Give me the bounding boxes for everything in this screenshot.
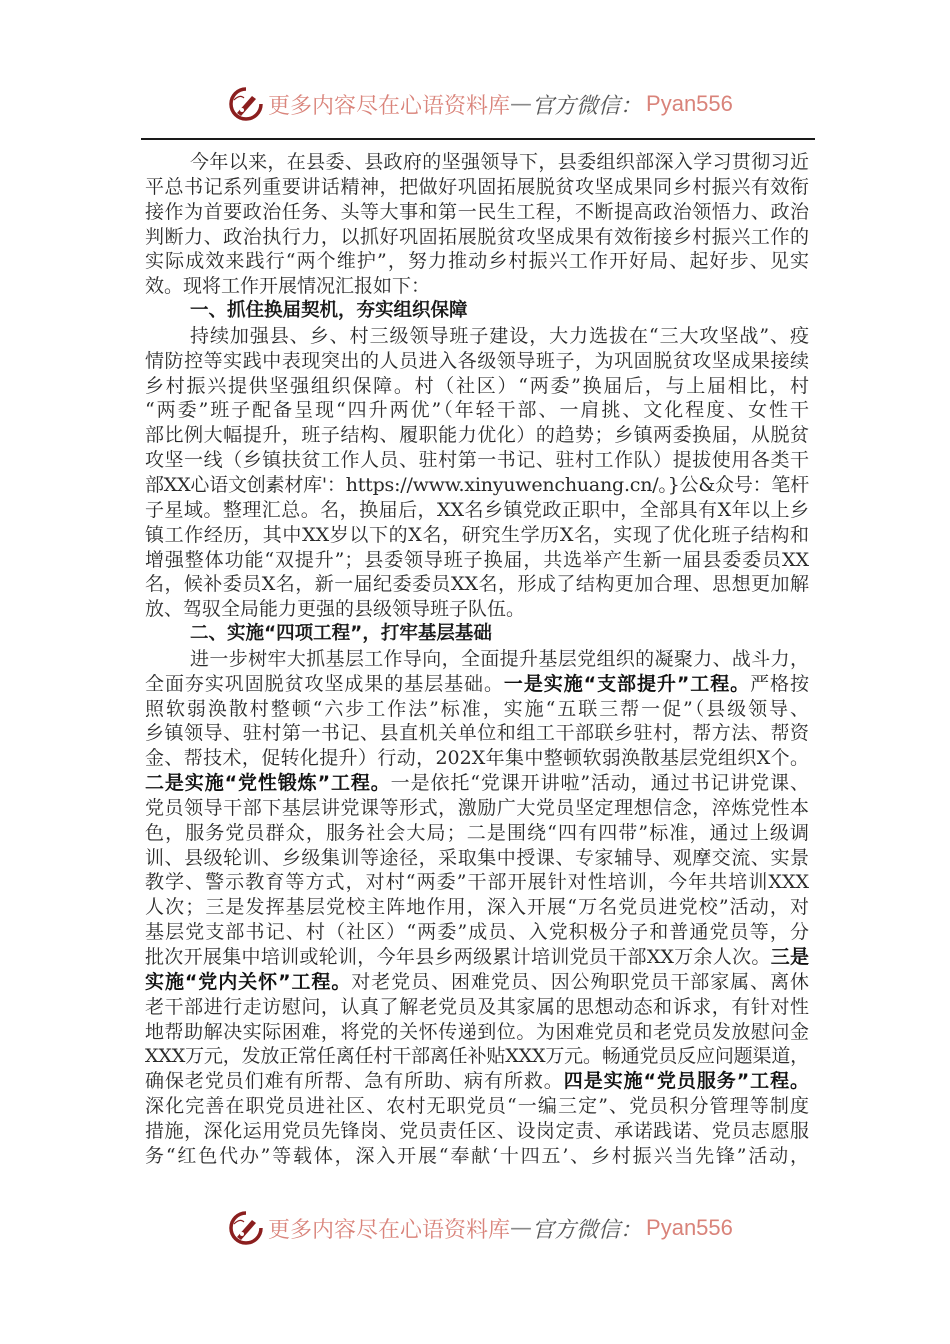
text-segment: 判断力、政治执行力，以抓好巩固拓展脱贫攻坚成果有效衔接乡村振兴工作的 [145,226,809,248]
text-segment: 放、驾驭全局能力更强的县级领导班子队伍。 [145,598,525,620]
text-segment: 措施，深化运用党员先锋岗、党员责任区、设岗定责、承诺践诺、党员志愿服 [145,1120,809,1142]
paragraph-line: 全面夯实巩固脱贫攻坚成果的基层基础。一是实施“支部提升”工程。严格按 [145,672,809,697]
paragraph-line: 镇工作经历，其中XX岁以下的X名，研究生学历X名，实现了优化班子结构和 [145,523,809,548]
banner-dash: — [510,1216,532,1241]
paragraph-line: 放、驾驭全局能力更强的县级领导班子队伍。 [145,597,809,622]
paragraph-line: 地帮助解决实际困难，将党的关怀传递到位。为困难党员和老党员发放慰问金 [145,1020,809,1045]
text-segment: 深化完善在职党员进社区、农村无职党员“一编三定”、党员积分管理等制度 [145,1095,809,1117]
paragraph-line: 批次开展集中培训或轮训，今年县乡两级累计培训党员干部XX万余人次。三是 [145,945,809,970]
paragraph-line: 金、帮技术，促转化提升）行动，202X年集中整顿软弱涣散基层党组织X个。 [145,746,809,771]
section-heading: 二、实施“四项工程”，打牢基层基础 [145,622,809,647]
banner-slogan: 更多内容尽在心语资料库 [268,89,510,120]
text-segment: XXX万元，发放正常任离任村干部离任补贴XXX万元。畅通党员反应问题渠道， [145,1045,809,1067]
text-segment: 今年以来，在县委、县政府的坚强领导下，县委组织部深入学习贯彻习近 [190,151,809,173]
text-segment: 增强整体功能“双提升”；县委领导班子换届，共选举产生新一届县委委员XX [145,549,809,571]
paragraph-line: 乡村振兴提供坚强组织保障。村（社区）“两委”换届后，与上届相比，村 [145,374,809,399]
text-segment: 照软弱涣散村整顿“六步工作法”标准，实施“五联三帮一促”（县级领导、 [145,698,809,720]
text-segment: 金、帮技术，促转化提升）行动，202X年集中整顿软弱涣散基层党组织X个。 [145,747,809,769]
banner-slogan: 更多内容尽在心语资料库 [268,1213,510,1244]
paragraph-line: 党员领导干部下基层讲党课等形式，激励广大党员坚定理想信念，淬炼党性本 [145,796,809,821]
text-segment: 全面夯实巩固脱贫攻坚成果的基层基础。 [145,673,504,695]
banner-wechat-id: Pyan556 [646,1215,733,1241]
text-segment: 地帮助解决实际困难，将党的关怀传递到位。为困难党员和老党员发放慰问金 [145,1021,809,1043]
paragraph-line: 部比例大幅提升，班子结构、履职能力优化）的趋势；乡镇两委换届，从脱贫 [145,423,809,448]
text-segment: 一、抓住换届契机，夯实组织保障 [190,300,468,321]
text-segment: 乡镇领导、驻村第一书记、县直机关单位和组工干部联乡驻村，帮方法、帮资 [145,722,809,744]
document-body: 今年以来，在县委、县政府的坚强领导下，县委组织部深入学习贯彻习近平总书记系列重要… [145,150,809,1169]
paragraph-line: 实施“党内关怀”工程。对老党员、困难党员、因公殉职党员干部家属、离休 [145,970,809,995]
paragraph-line: 平总书记系列重要讲话精神，把做好巩固拓展脱贫攻坚成果同乡村振兴有效衔 [145,175,809,200]
paragraph-line: 进一步树牢大抓基层工作导向，全面提升基层党组织的凝聚力、战斗力， [145,647,809,672]
paragraph-line: 接作为首要政治任务、头等大事和第一民生工程，不断提高政治领悟力、政治 [145,200,809,225]
bold-lead-text: 实施“党内关怀”工程。 [145,971,351,993]
paragraph-line: 照软弱涣散村整顿“六步工作法”标准，实施“五联三帮一促”（县级领导、 [145,697,809,722]
paragraph-line: 色，服务党员群众，服务社会大局；二是围绕“四有四带”标准，通过上级调 [145,821,809,846]
paragraph-line: 攻坚一线（乡镇扶贫工作人员、驻村第一书记、驻村工作队）提拔使用各类干 [145,448,809,473]
paragraph-line: 效。现将工作开展情况汇报如下： [145,274,809,299]
paragraph-line: 确保老党员们难有所帮、急有所助、病有所救。四是实施“党员服务”工程。 [145,1069,809,1094]
text-segment: 情防控等实践中表现突出的人员进入各级领导班子，为巩固脱贫攻坚成果接续 [145,350,809,372]
text-segment: 名，候补委员X名，新一届纪委委员XX名，形成了结构更加合理、思想更加解 [145,573,809,595]
banner-dash: — [510,92,532,117]
text-segment: 教学、警示教育等方式，对村“两委”干部开展针对性培训，今年共培训XXX [145,871,809,893]
paragraph-line: 今年以来，在县委、县政府的坚强领导下，县委组织部深入学习贯彻习近 [145,150,809,175]
text-segment: 持续加强县、乡、村三级领导班子建设，大力选拔在“三大攻坚战”、疫 [190,325,809,347]
paragraph-line: 训、县级轮训、乡级集训等途径，采取集中授课、专家辅导、观摩交流、实景 [145,846,809,871]
paragraph-line: 老干部进行走访慰问，认真了解老党员及其家属的思想动态和诉求，有针对性 [145,995,809,1020]
paragraph-line: 持续加强县、乡、村三级领导班子建设，大力选拔在“三大攻坚战”、疫 [145,324,809,349]
paragraph-line: 教学、警示教育等方式，对村“两委”干部开展针对性培训，今年共培训XXX [145,870,809,895]
paragraph-line: 名，候补委员X名，新一届纪委委员XX名，形成了结构更加合理、思想更加解 [145,572,809,597]
paragraph-line: 乡镇领导、驻村第一书记、县直机关单位和组工干部联乡驻村，帮方法、帮资 [145,721,809,746]
header-divider [141,138,815,140]
text-segment: 人次；三是发挥基层党校主阵地作用，深入开展“万名党员进党校”活动，对 [145,896,809,918]
text-segment: 老干部进行走访慰问，认真了解老党员及其家属的思想动态和诉求，有针对性 [145,996,809,1018]
banner-wechat-label: 官方微信： [532,89,642,120]
text-segment: 平总书记系列重要讲话精神，把做好巩固拓展脱贫攻坚成果同乡村振兴有效衔 [145,176,809,198]
paragraph-line: 情防控等实践中表现突出的人员进入各级领导班子，为巩固脱贫攻坚成果接续 [145,349,809,374]
paragraph-line: 实际成效来践行“两个维护”，努力推动乡村振兴工作开好局、起好步、见实 [145,249,809,274]
banner-wechat-id: Pyan556 [646,91,733,117]
bold-lead-text: 四是实施“党员服务”工程。 [564,1070,809,1092]
text-segment: 严格按 [750,673,809,695]
text-segment: 一是依托“党课开讲啦”活动，通过书记讲党课、 [391,772,809,794]
text-segment: 子星域。整理汇总。名，换届后，XX名乡镇党政正职中，全部具有X年以上乡 [145,499,809,521]
text-segment: 部XX心语文创素材库'：https://www.xinyuwenchuang.c… [145,474,809,496]
bold-lead-text: 二是实施“党性锻炼”工程。 [145,772,391,794]
paragraph-line: 二是实施“党性锻炼”工程。一是依托“党课开讲啦”活动，通过书记讲党课、 [145,771,809,796]
text-segment: 实际成效来践行“两个维护”，努力推动乡村振兴工作开好局、起好步、见实 [145,250,809,272]
bold-lead-text: 一是实施“支部提升”工程。 [504,673,750,695]
text-segment: 色，服务党员群众，服务社会大局；二是围绕“四有四带”标准，通过上级调 [145,822,809,844]
paragraph-line: 人次；三是发挥基层党校主阵地作用，深入开展“万名党员进党校”活动，对 [145,895,809,920]
header-banner: 更多内容尽在心语资料库 — 官方微信： Pyan556 [228,84,733,124]
quill-pen-circle-icon [228,1210,264,1246]
paragraph-line: 增强整体功能“双提升”；县委领导班子换届，共选举产生新一届县委委员XX [145,548,809,573]
text-segment: 务“红色代办”等载体，深入开展“奉献‘十四五’、乡村振兴当先锋”活动， [145,1145,809,1167]
text-segment: 党员领导干部下基层讲党课等形式，激励广大党员坚定理想信念，淬炼党性本 [145,797,809,819]
text-segment: 攻坚一线（乡镇扶贫工作人员、驻村第一书记、驻村工作队）提拔使用各类干 [145,449,809,471]
text-segment: 乡村振兴提供坚强组织保障。村（社区）“两委”换届后，与上届相比，村 [145,375,809,397]
text-segment: 效。现将工作开展情况汇报如下： [145,275,430,297]
paragraph-line: “两委”班子配备呈现“四升两优”（年轻干部、一肩挑、文化程度、女性干 [145,398,809,423]
paragraph-line: 基层党支部书记、村（社区）“两委”成员、入党积极分子和普通党员等，分 [145,920,809,945]
section-heading: 一、抓住换届契机，夯实组织保障 [145,299,809,324]
paragraph-line: 子星域。整理汇总。名，换届后，XX名乡镇党政正职中，全部具有X年以上乡 [145,498,809,523]
text-segment: 对老党员、困难党员、因公殉职党员干部家属、离休 [351,971,809,993]
paragraph-line: 措施，深化运用党员先锋岗、党员责任区、设岗定责、承诺践诺、党员志愿服 [145,1119,809,1144]
text-segment: 接作为首要政治任务、头等大事和第一民生工程，不断提高政治领悟力、政治 [145,201,809,223]
paragraph-line: 深化完善在职党员进社区、农村无职党员“一编三定”、党员积分管理等制度 [145,1094,809,1119]
paragraph-line: 部XX心语文创素材库'：https://www.xinyuwenchuang.c… [145,473,809,498]
text-segment: 训、县级轮训、乡级集训等途径，采取集中授课、专家辅导、观摩交流、实景 [145,847,809,869]
bold-lead-text: 三是 [771,946,809,968]
text-segment: 确保老党员们难有所帮、急有所助、病有所救。 [145,1070,564,1092]
banner-wechat-label: 官方微信： [532,1213,642,1244]
text-segment: 镇工作经历，其中XX岁以下的X名，研究生学历X名，实现了优化班子结构和 [145,524,809,546]
text-segment: “两委”班子配备呈现“四升两优”（年轻干部、一肩挑、文化程度、女性干 [145,399,809,421]
text-segment: 进一步树牢大抓基层工作导向，全面提升基层党组织的凝聚力、战斗力， [190,648,809,670]
text-segment: 批次开展集中培训或轮训，今年县乡两级累计培训党员干部XX万余人次。 [145,946,771,968]
quill-pen-circle-icon [228,86,264,122]
paragraph-line: XXX万元，发放正常任离任村干部离任补贴XXX万元。畅通党员反应问题渠道， [145,1044,809,1069]
paragraph-line: 判断力、政治执行力，以抓好巩固拓展脱贫攻坚成果有效衔接乡村振兴工作的 [145,225,809,250]
paragraph-line: 务“红色代办”等载体，深入开展“奉献‘十四五’、乡村振兴当先锋”活动， [145,1144,809,1169]
text-segment: 二、实施“四项工程”，打牢基层基础 [190,623,492,644]
footer-banner: 更多内容尽在心语资料库 — 官方微信： Pyan556 [228,1208,733,1248]
text-segment: 部比例大幅提升，班子结构、履职能力优化）的趋势；乡镇两委换届，从脱贫 [145,424,809,446]
text-segment: 基层党支部书记、村（社区）“两委”成员、入党积极分子和普通党员等，分 [145,921,809,943]
